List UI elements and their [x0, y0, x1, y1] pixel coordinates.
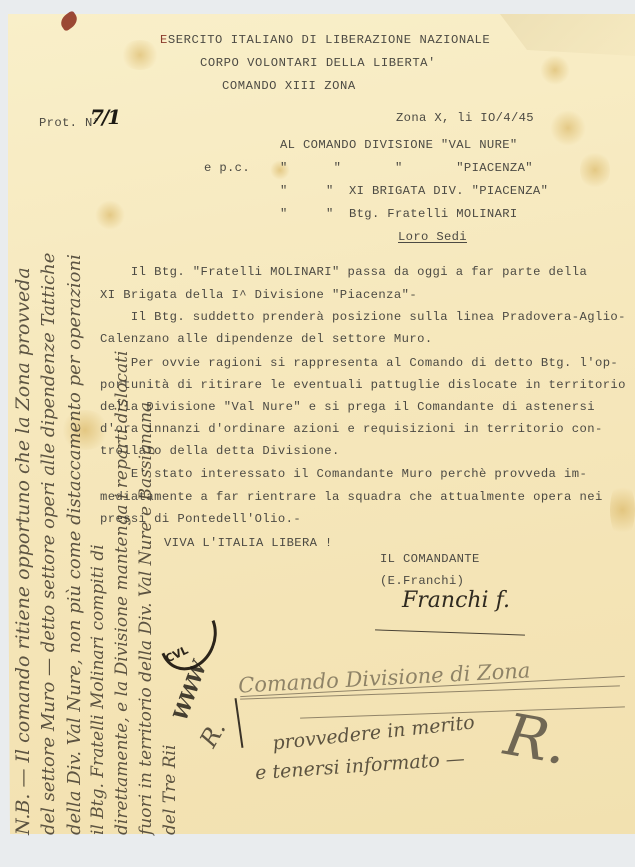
body-line-10: E' stato interessato il Comandante Muro …: [100, 468, 587, 480]
paper-stain: [95, 200, 125, 230]
letterhead-line-1: ESERCITO ITALIANO DI LIBERAZIONE NAZIONA…: [160, 34, 490, 46]
margin-note-column-2: del settore Muro — detto settore operi a…: [38, 253, 59, 835]
paper-stain: [610, 480, 635, 540]
letterhead-line-2: CORPO VOLONTARI DELLA LIBERTA': [200, 57, 436, 69]
paper-stain: [120, 40, 160, 70]
letterhead-line-1-rest: SERCITO ITALIANO DI LIBERAZIONE NAZIONAL…: [168, 33, 490, 47]
recipients-closing: Loro Sedi: [398, 231, 467, 243]
body-line-4: Calenzano alle dipendenze del settore Mu…: [100, 333, 433, 345]
body-line-8: d'ora innanzi d'ordinare azioni e requis…: [100, 423, 603, 435]
letterhead-initial: E: [160, 33, 168, 47]
recipient-line-2: " " " "PIACENZA": [280, 162, 533, 174]
margin-note-column-4: il Btg. Fratelli Molinari compiti di: [88, 544, 108, 835]
place-date: Zona X, li IO/4/45: [396, 112, 534, 124]
body-line-7: della Divisione "Val Nure" e si prega il…: [100, 401, 595, 413]
recipient-line-4: " " Btg. Fratelli MOLINARI: [280, 208, 518, 220]
signatory-name: (E.Franchi): [380, 575, 464, 587]
handwritten-signature: Franchi f.: [402, 588, 510, 613]
margin-note-column-5: direttamente, e la Divisione mantenga i …: [112, 351, 132, 835]
paper-stain: [580, 150, 610, 190]
body-line-5: Per ovvie ragioni si rappresenta al Coma…: [100, 357, 618, 369]
handwritten-initial: R.: [500, 700, 573, 778]
margin-note-column-6: fuori in territorio della Div. Val Nure …: [136, 402, 156, 835]
paper-stain: [550, 110, 586, 146]
margin-note-column-1: N.B. — Il comando ritiene opportuno che …: [12, 267, 34, 835]
recipient-line-3: " " XI BRIGATA DIV. "PIACENZA": [280, 185, 548, 197]
body-line-3: Il Btg. suddetto prenderà posizione sull…: [100, 311, 626, 323]
recipient-line-1: AL COMANDO DIVISIONE "VAL NURE": [280, 139, 518, 151]
body-line-6: portunità di ritirare le eventuali pattu…: [100, 379, 626, 391]
cc-label: e p.c.: [204, 162, 250, 174]
protocol-number: 7/1: [90, 105, 119, 129]
salute: VIVA L'ITALIA LIBERA !: [164, 537, 333, 549]
body-line-11: mediatamente a far rientrare la squadra …: [100, 491, 603, 503]
body-line-1: Il Btg. "Fratelli MOLINARI" passa da ogg…: [100, 266, 587, 278]
signatory-title: IL COMANDANTE: [380, 553, 480, 565]
margin-note-column-7: del Tre Rii: [160, 745, 180, 835]
paper-stain: [540, 55, 570, 85]
margin-note-column-3: della Div. Val Nure, non più come distac…: [64, 254, 85, 835]
body-line-2: XI Brigata della I^ Divisione "Piacenza"…: [100, 289, 417, 301]
letterhead-line-3: COMANDO XIII ZONA: [222, 80, 356, 92]
